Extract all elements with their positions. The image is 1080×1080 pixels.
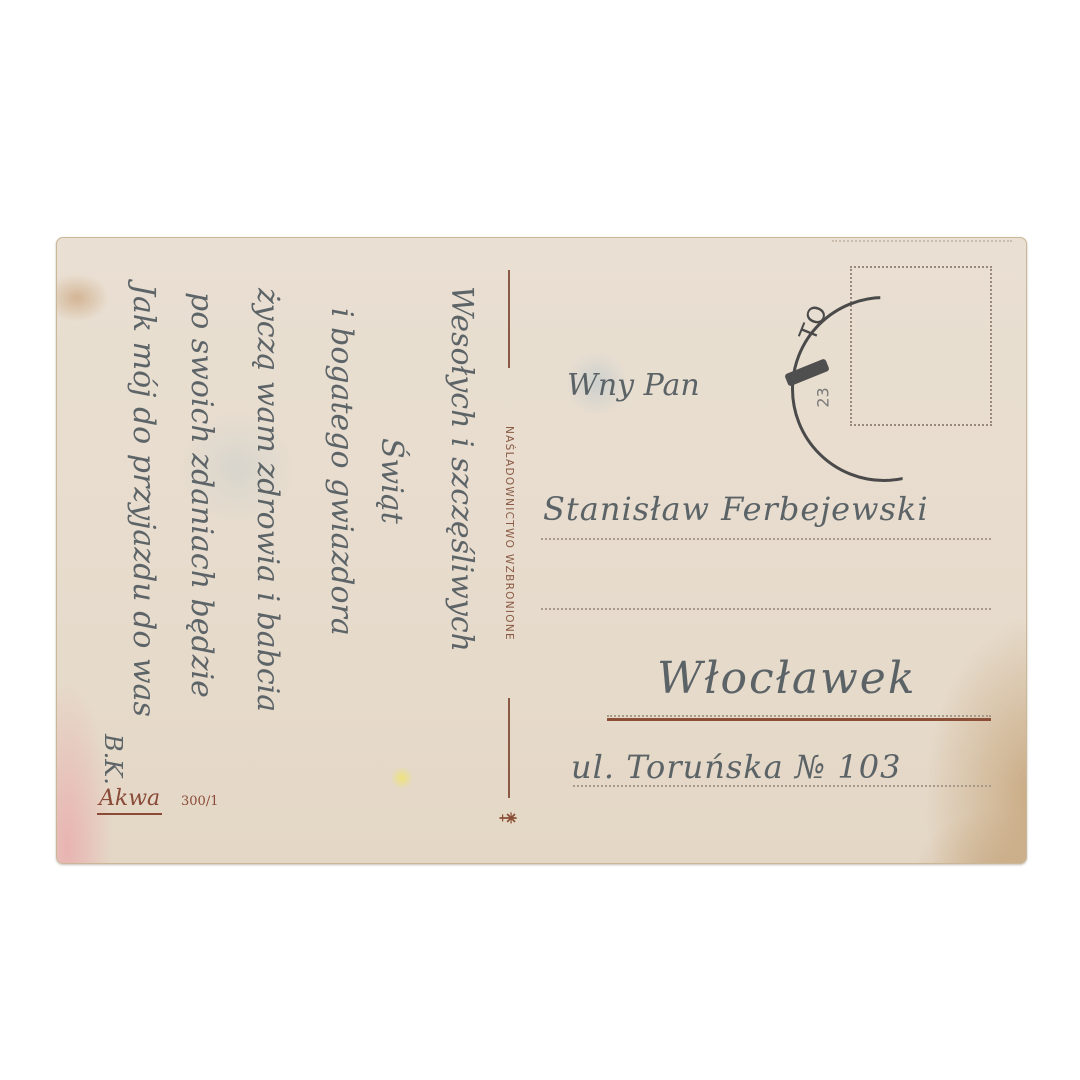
postcard: NAŚLADOWNICTWO WZBRONIONE ⚵ Wesołych i s… (56, 237, 1027, 864)
center-divider-bottom (508, 698, 510, 798)
address-city: Włocławek (657, 653, 916, 704)
message-line: po swoich zdaniach będzie (184, 292, 219, 698)
address-dotted-line (541, 538, 991, 540)
message-line: Świąt (374, 438, 409, 524)
message-line: i bogatego gwiazdora (324, 308, 359, 636)
message-signature: B.K. (99, 734, 127, 785)
stamp-perforation-trace (832, 240, 1012, 250)
message-line: Jak mój do przyjazdu do was (126, 284, 161, 717)
publisher-catalog-number: 300/1 (181, 794, 218, 809)
address-dotted-line (541, 608, 991, 610)
postmark-date: 23 (814, 387, 833, 407)
interlocked-monogram-icon: ⚵ (497, 806, 521, 830)
address-street: ul. Toruńska № 103 (571, 748, 901, 786)
address-dotted-line (573, 785, 991, 787)
message-line: życzą wam zdrowia i babcia (250, 288, 285, 712)
city-underline-rule (607, 718, 991, 721)
address-salutation: Wny Pan (567, 368, 700, 403)
address-recipient: Stanisław Ferbejewski (543, 490, 929, 528)
handwritten-message: Wesołych i szczęśliwych Świąt i bogatego… (87, 278, 487, 798)
center-divider-top (508, 270, 510, 368)
address-dotted-line (607, 715, 991, 717)
imitation-prohibited-notice: NAŚLADOWNICTWO WZBRONIONE (494, 370, 524, 696)
message-line: Wesołych i szczęśliwych (444, 286, 479, 652)
publisher-brand: Akwa (97, 786, 162, 815)
